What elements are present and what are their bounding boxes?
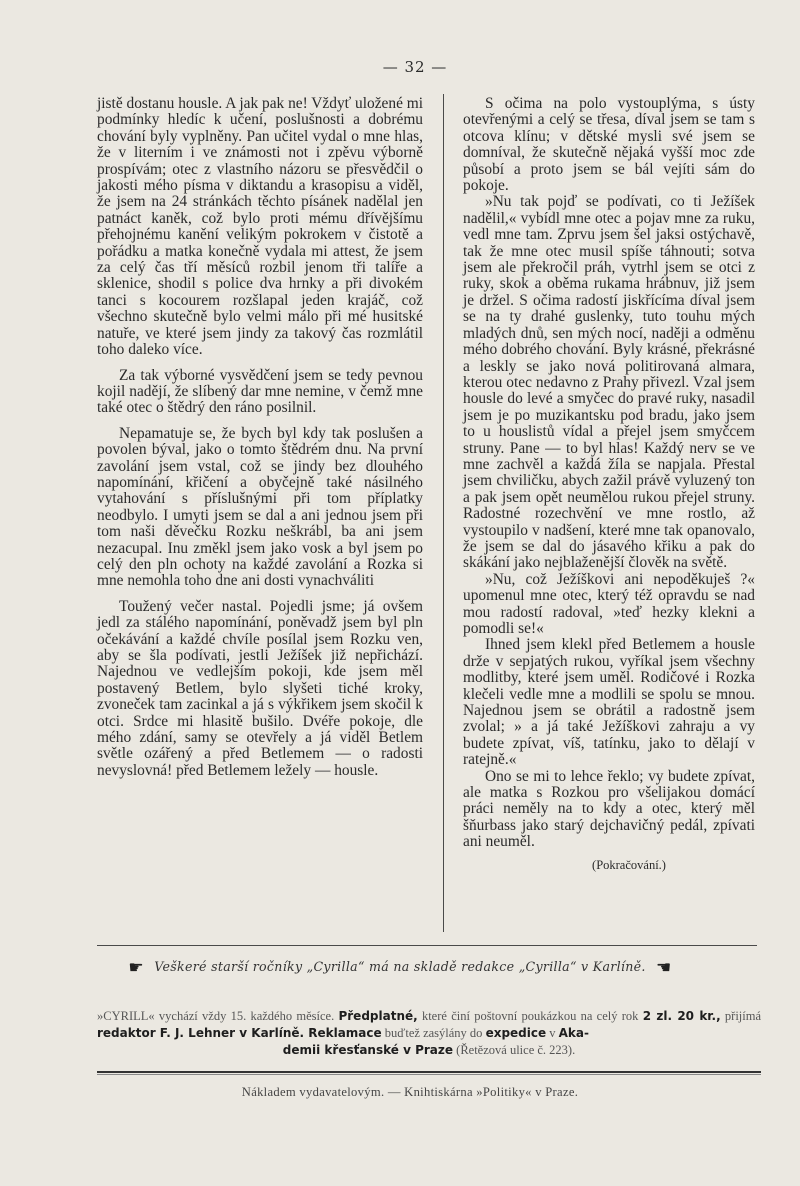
info-bold: demii křesťanské v Praze: [283, 1043, 453, 1057]
continued-label: (Pokračování.): [463, 857, 755, 873]
info-bold: expedice: [486, 1026, 547, 1040]
notice-text: Veškeré starší ročníky „Cyrilla“ má na s…: [154, 959, 645, 974]
info-text: (Řetězová ulice č. 223).: [453, 1043, 575, 1057]
paragraph: Toužený večer nastal. Pojedli jsme; já o…: [97, 599, 423, 779]
column-divider: [443, 94, 444, 932]
info-text: buďtež zasýlány do: [382, 1026, 486, 1040]
info-text: »CYRILL« vychází vždy 15. každého měsíce…: [97, 1009, 338, 1023]
info-bold: Předplatné,: [338, 1009, 417, 1023]
info-text: které činí poštovní poukázkou na celý ro…: [418, 1009, 643, 1023]
paragraph: S očima na polo vystouplýma, s ústy otev…: [463, 96, 755, 194]
section-divider: [97, 945, 757, 946]
paragraph: Ihned jsem klekl před Betlemem a housle …: [463, 637, 755, 768]
pointing-hand-right-icon: ☛: [128, 958, 144, 978]
paragraph: Za tak výborné vysvědčení jsem se tedy p…: [97, 368, 423, 417]
back-issues-notice: ☛ Veškeré starší ročníky „Cyrilla“ má na…: [0, 958, 800, 978]
left-column: jistě dostanu housle. A jak pak ne! Vždy…: [97, 96, 423, 779]
pointing-hand-left-icon: ☚: [656, 958, 672, 978]
subscription-price: 2 zl. 20 kr.,: [643, 1009, 721, 1023]
footer-rule: [97, 1071, 761, 1073]
right-column: S očima na polo vystouplýma, s ústy otev…: [463, 96, 755, 873]
info-bold: Aka-: [559, 1026, 589, 1040]
paragraph: »Nu tak pojď se podívati, co ti Ježíšek …: [463, 194, 755, 571]
info-text: v: [546, 1026, 559, 1040]
printer-imprint: Nákladem vydavatelovým. — Knihtiskárna »…: [0, 1085, 800, 1100]
paragraph: jistě dostanu housle. A jak pak ne! Vždy…: [97, 96, 423, 359]
info-bold: redaktor F. J. Lehner v Karlíně. Reklama…: [97, 1026, 382, 1040]
subscription-info: »CYRILL« vychází vždy 15. každého měsíce…: [97, 1008, 761, 1059]
footer-rule-thin: [97, 1074, 761, 1075]
paragraph: »Nu, což Ježíškovi ani nepoděkuješ ?« up…: [463, 572, 755, 638]
page-number: — 32 —: [0, 58, 800, 76]
paragraph: Ono se mi to lehce řeklo; vy budete zpív…: [463, 769, 755, 851]
info-text: přijímá: [721, 1009, 761, 1023]
paragraph: Nepamatuje se, že bych byl kdy tak poslu…: [97, 426, 423, 590]
